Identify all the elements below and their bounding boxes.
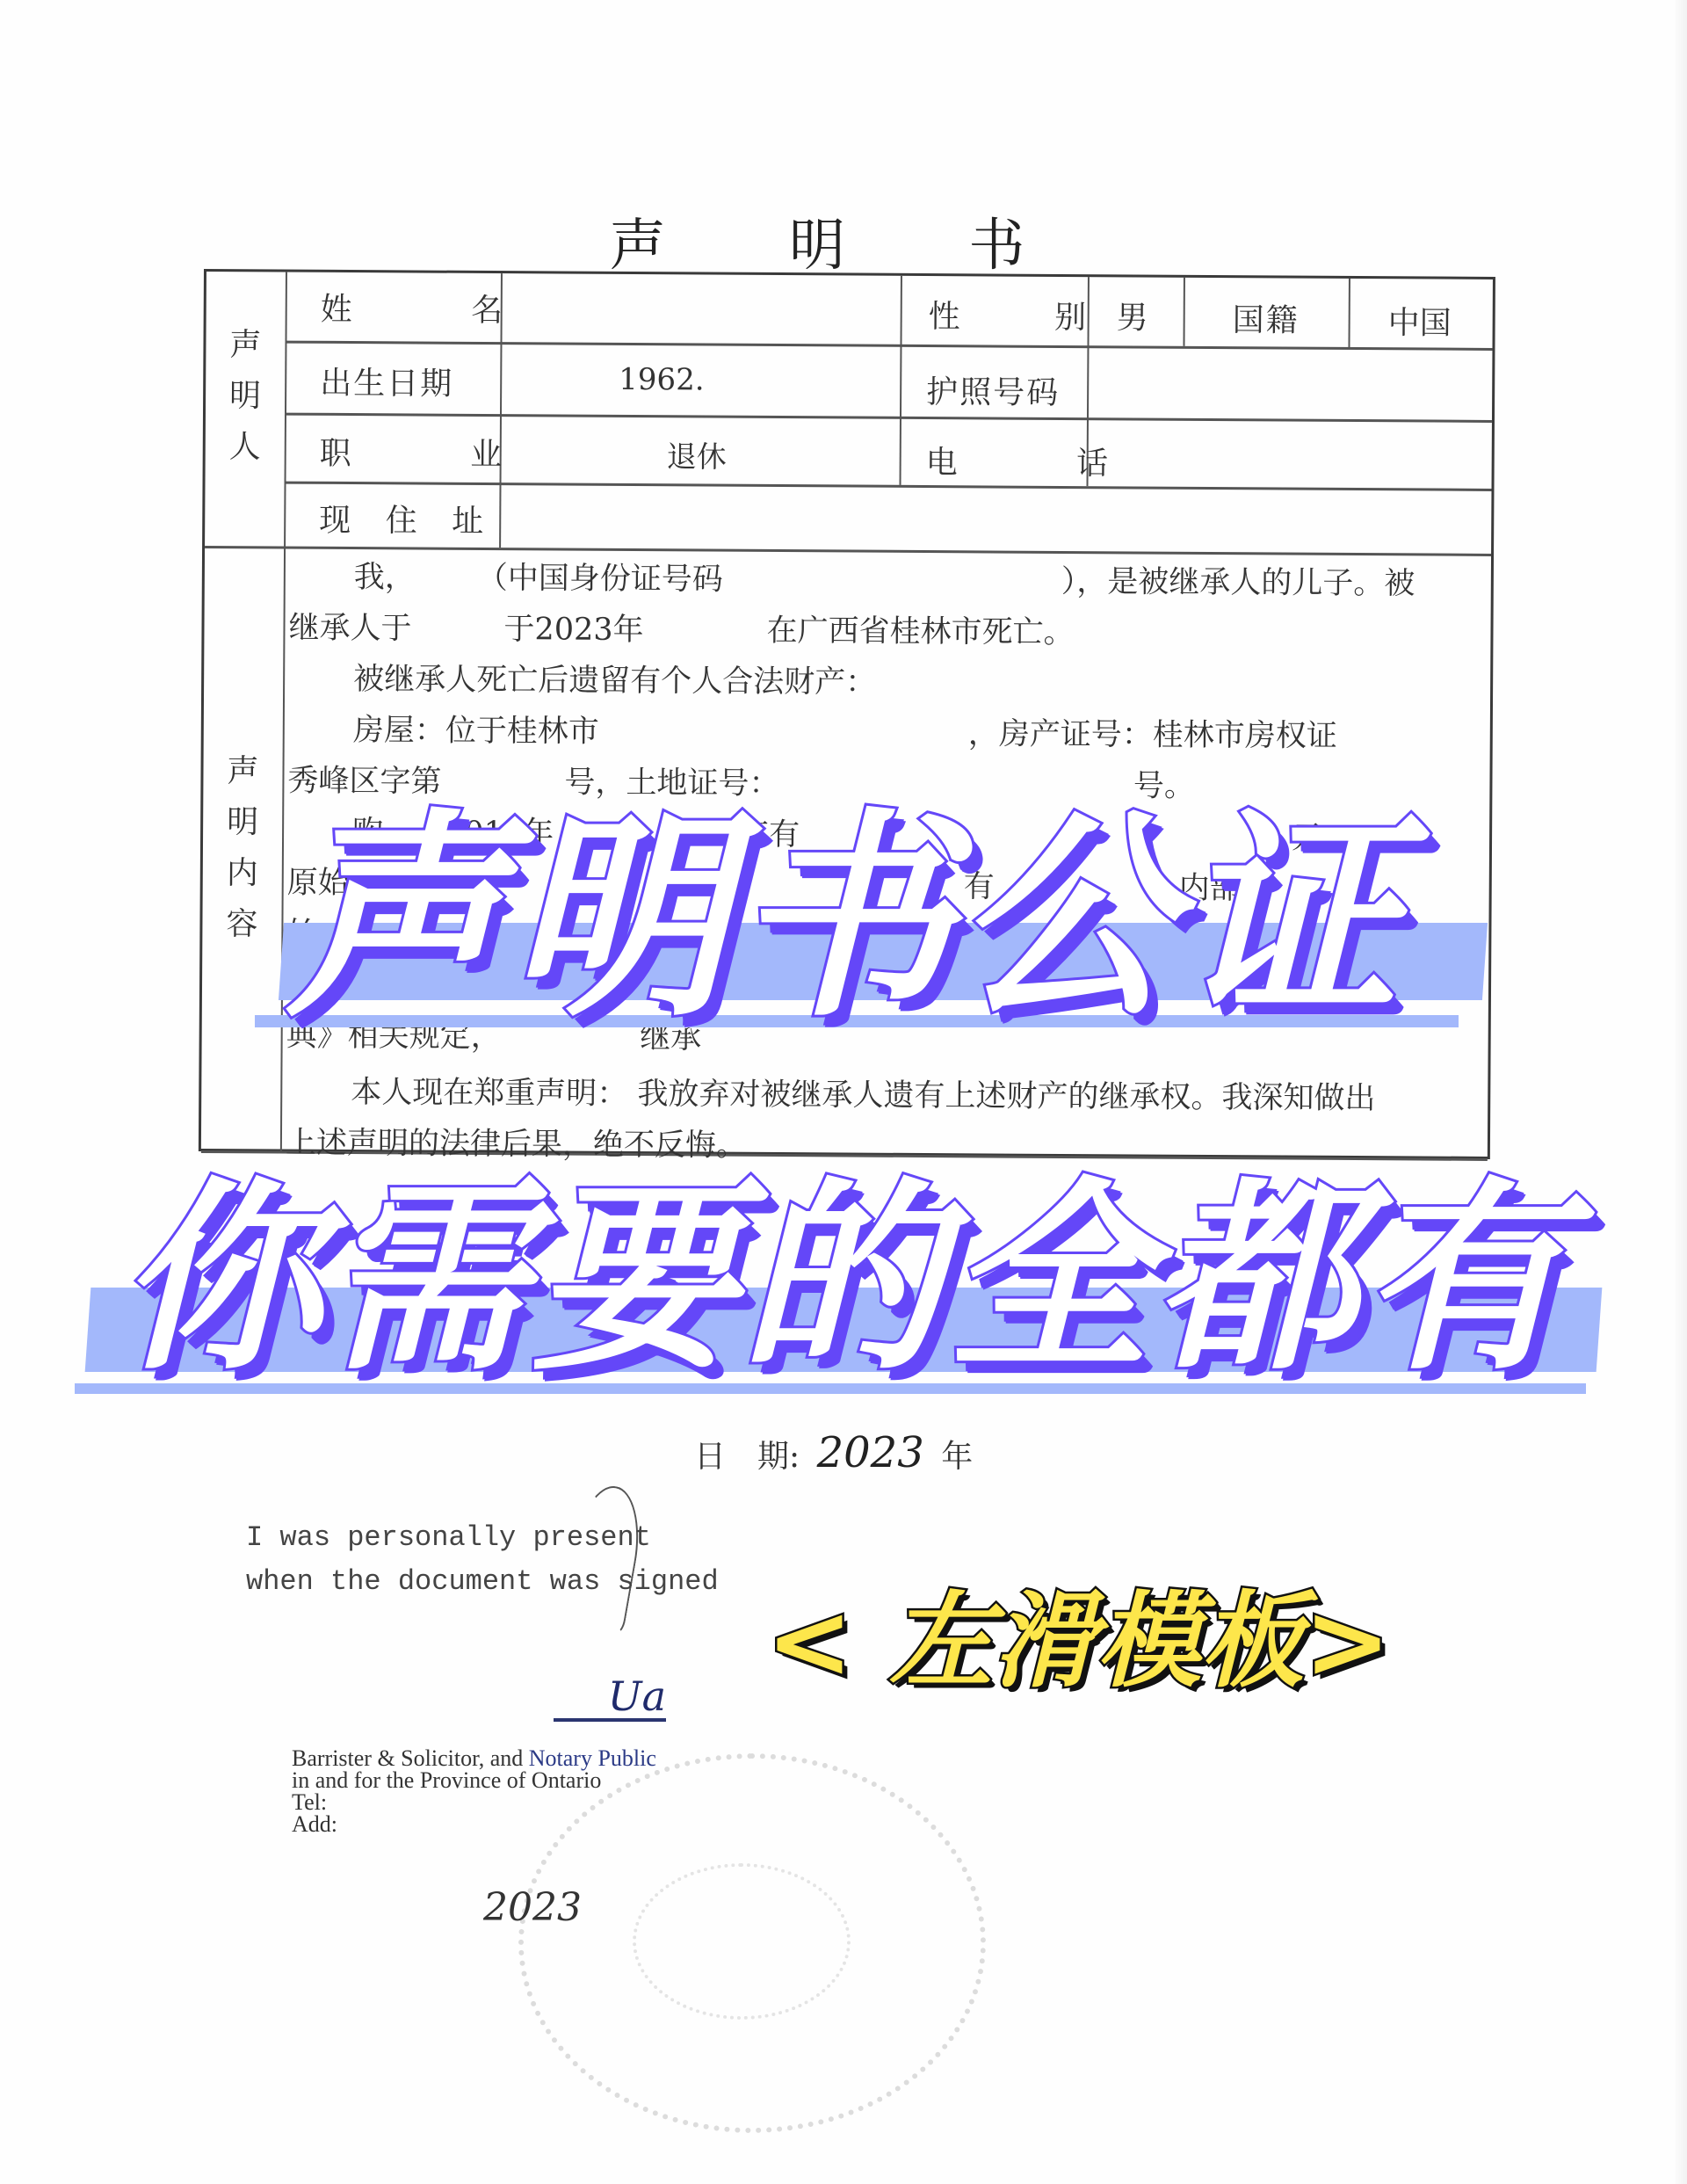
notary-title: Barrister & Solicitor, and Notary Public (292, 1747, 656, 1769)
scanned-page: 声 明 书 声 明 人 声 明 内 容 姓 名 性 别 男 国籍 (0, 0, 1687, 2184)
notary-jurisdiction: in and for the Province of Ontario (292, 1769, 656, 1791)
declarant-section-label: 声 明 人 (206, 320, 286, 474)
headline-title: 声明书公证 (0, 787, 1687, 1050)
nationality-label: 国籍 (1233, 295, 1300, 340)
column-divider (900, 276, 902, 485)
row-divider (285, 413, 1492, 423)
date-label: 日 期: (694, 1439, 800, 1475)
birth-date-value: 1962. (619, 362, 705, 398)
notary-address-label: Add: (292, 1813, 656, 1835)
gender-label: 性 别 (929, 292, 1129, 337)
name-label: 姓 名 (321, 285, 558, 331)
witness-statement: I was personally present when the docume… (246, 1516, 719, 1604)
swipe-left-hint: < 左滑模板> (766, 1575, 1416, 1707)
notary-signature: Ua (554, 1674, 666, 1722)
date-year-suffix: 年 (941, 1439, 973, 1475)
phone-label: 电 话 (926, 438, 1163, 484)
address-label: 现 住 址 (319, 496, 496, 541)
declaration-line: 本人现在郑重声明： 我放弃对被继承人遗有上述财产的继承权。我深知做出 (286, 1067, 1475, 1125)
birth-date-label: 出生日期 (320, 359, 453, 404)
column-divider (1348, 279, 1350, 347)
embossed-seal-inner (633, 1863, 851, 2020)
notary-block: Barrister & Solicitor, and Notary Public… (292, 1747, 656, 1835)
occupation-label: 职 业 (320, 429, 557, 475)
date-line: 日 期: 2023 年 (694, 1428, 973, 1477)
nationality-value: 中国 (1388, 298, 1452, 343)
gender-value: 男 (1117, 293, 1148, 337)
content-line: 继承人于 于2023年 在广西省桂林市死亡。 (288, 603, 1478, 661)
content-line: 被继承人死亡后遗留有个人合法财产： (288, 654, 1478, 712)
column-divider (1183, 278, 1184, 346)
headline-subtitle: 你需要的全都有 (0, 1147, 1687, 1411)
passport-label: 护照号码 (926, 367, 1060, 413)
row-divider (285, 482, 1492, 491)
page-edge-shadow (1675, 0, 1687, 2184)
notary-tel-label: Tel: (292, 1791, 656, 1813)
occupation-value: 退休 (667, 432, 727, 475)
content-line: 房屋：位于桂林市 ，房产证号：桂林市房权证 (288, 705, 1478, 763)
handwritten-year: 2023 (483, 1885, 582, 1930)
row-divider (285, 341, 1492, 351)
handwritten-date: 2023 (817, 1428, 924, 1477)
content-line: 我， （中国身份证号码 ），是被继承人的儿子。被 (289, 552, 1479, 610)
